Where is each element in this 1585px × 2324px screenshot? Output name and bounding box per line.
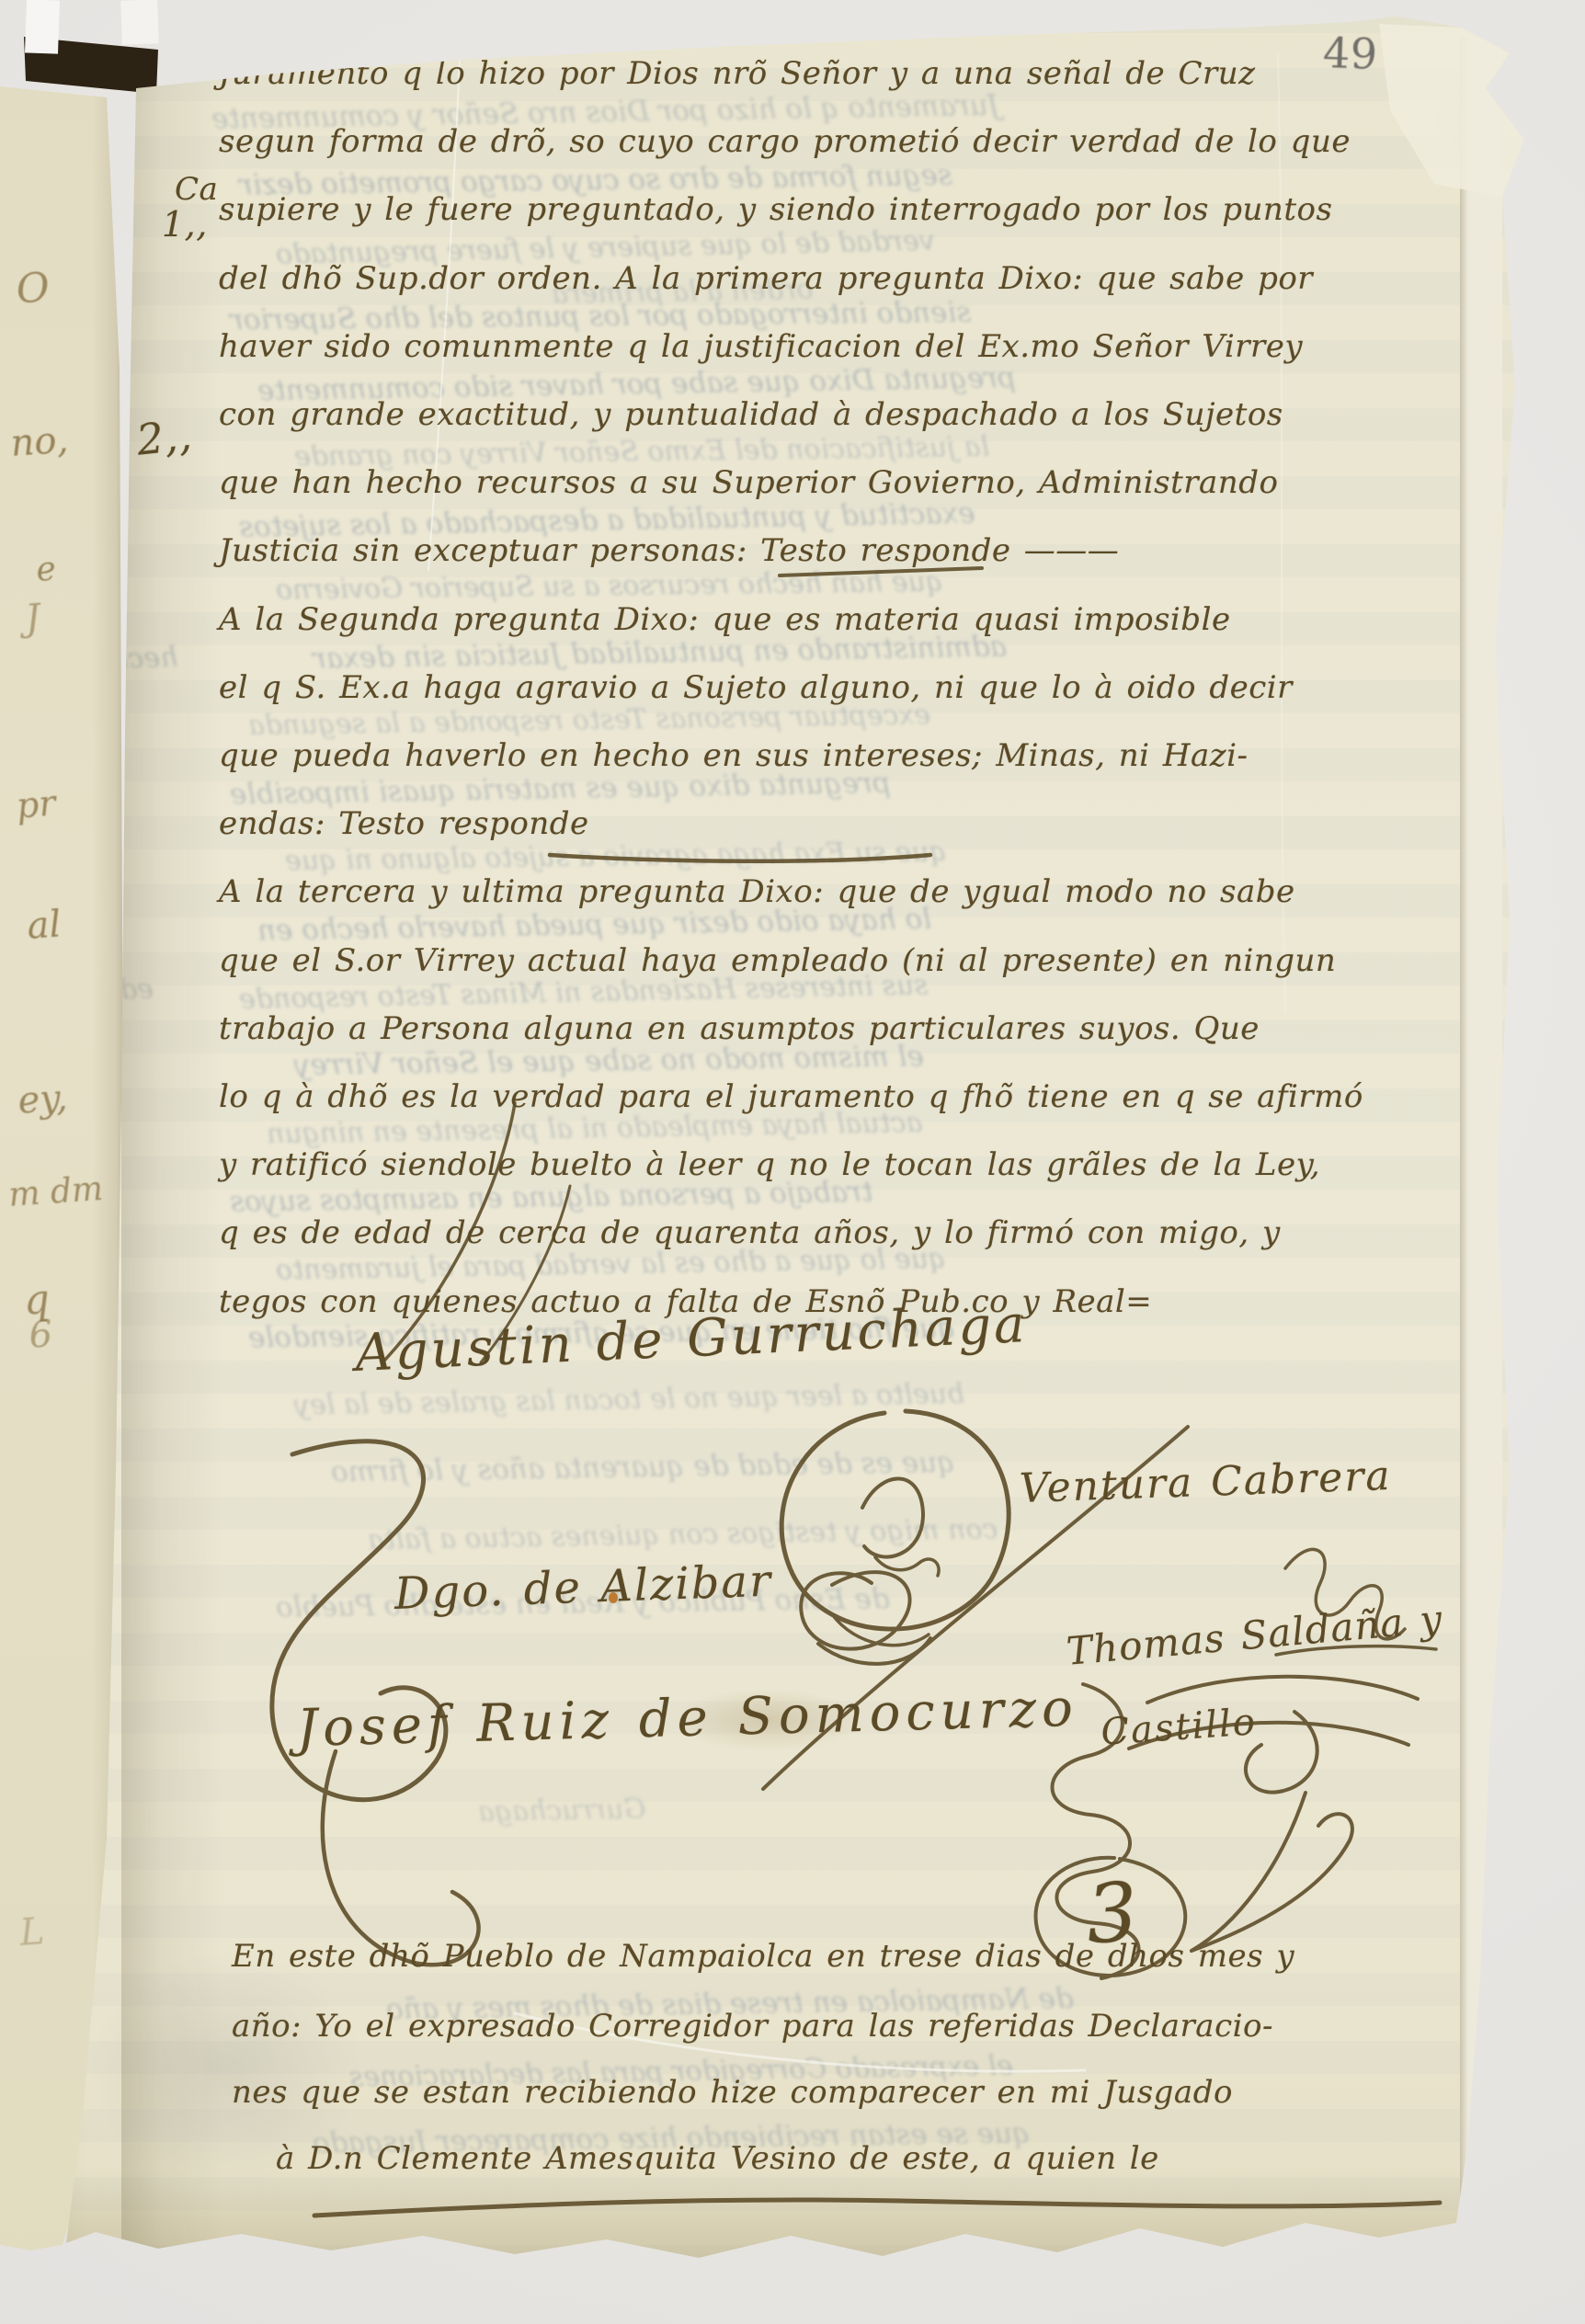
corner-mark: v (75, 51, 89, 79)
bleed-fragment: 6 (28, 1313, 54, 1357)
binding-paper-strip (25, 0, 60, 54)
showthrough-text: Dixo (51, 302, 115, 336)
signature-name: Josef Ruiz de Somocurzo (296, 1679, 1079, 1759)
signature-name: Agustin de Gurruchaga (354, 1294, 1029, 1384)
bleed-fragment: pr (15, 782, 57, 826)
bleed-fragment: O (15, 264, 51, 313)
signature-layer: Agustin de GurruchagaVentura CabreraDgo.… (0, 0, 1585, 2324)
binding-paper-tab (120, 0, 159, 45)
bleed-fragment: J (24, 597, 41, 640)
bleed-fragment: e (35, 551, 57, 589)
bleed-fragment: al (26, 903, 63, 947)
bleed-fragment: ey, (17, 1077, 69, 1122)
manuscript-page: Juramento q lo hizo por Dios nro Señor y… (0, 0, 1585, 2324)
bleed-fragment: m dm (7, 1170, 104, 1214)
bleed-fragment: q (22, 1276, 51, 1325)
signature-name: Castillo (1100, 1701, 1258, 1754)
bleed-fragment: no, (9, 419, 70, 465)
signature-name: Thomas Saldaña y (1065, 1596, 1444, 1674)
signature-name: Ventura Cabrera (1019, 1452, 1392, 1512)
signature-name: Dgo. de Alzibar (393, 1555, 773, 1620)
book-binding (24, 35, 160, 96)
bleed-fragment: L (18, 1910, 46, 1954)
manuscript-scan: Ono,eJpraley,m dmq6L Juramento q lo hizo… (0, 0, 1585, 2324)
